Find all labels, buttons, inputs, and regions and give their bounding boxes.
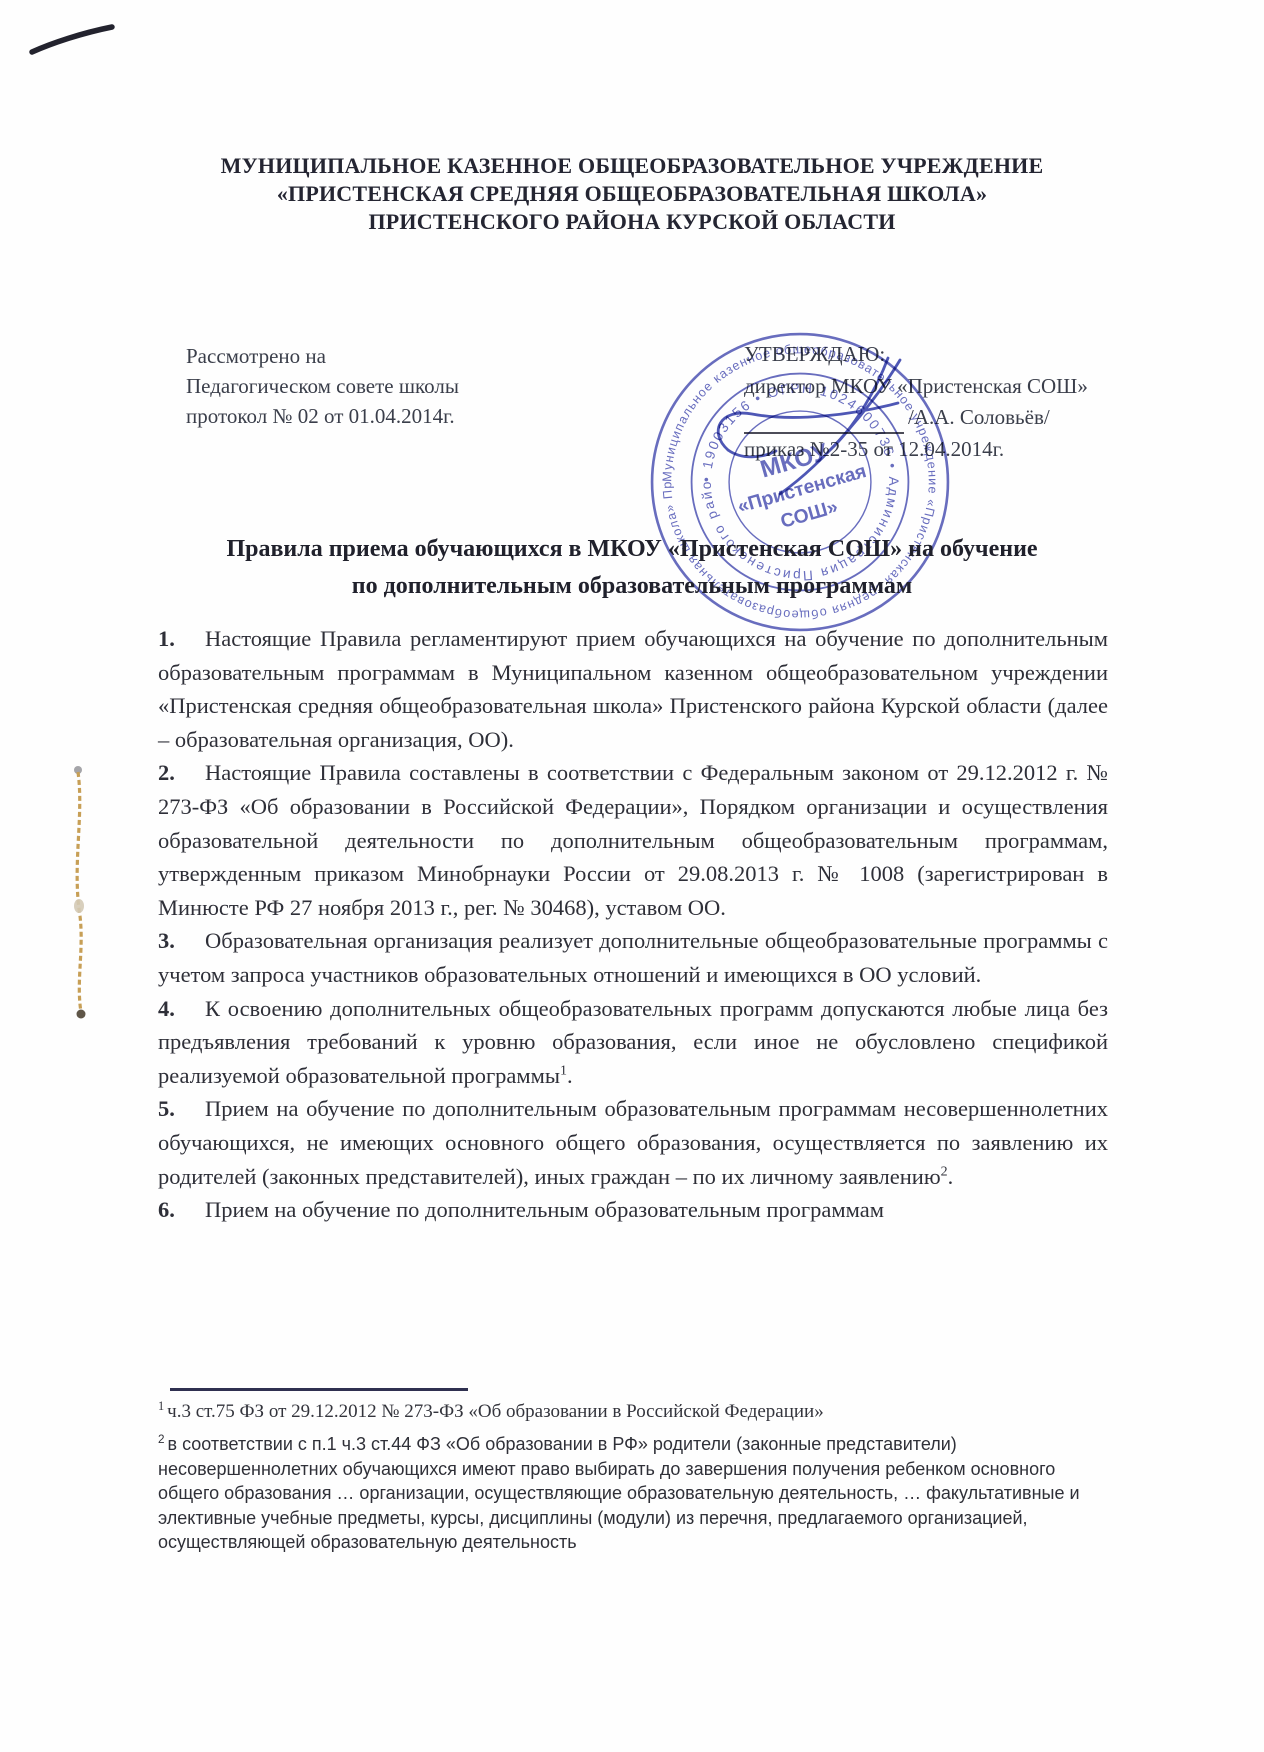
paragraph-4-text: К освоению дополнительных общеобразовате…	[158, 996, 1108, 1088]
doc-title: Правила приема обучающихся в МКОУ «Прист…	[130, 531, 1134, 605]
paragraph-6: 6.Прием на обучение по дополнительным об…	[158, 1193, 1108, 1227]
paragraph-6-number: 6.	[158, 1193, 205, 1227]
body-text: 1.Настоящие Правила регламентируют прием…	[158, 622, 1108, 1227]
paragraph-5: 5.Прием на обучение по дополнительным об…	[158, 1092, 1108, 1193]
paragraph-5-footref: 2	[941, 1164, 948, 1179]
footnote-separator	[170, 1388, 468, 1391]
paragraph-5-number: 5.	[158, 1092, 205, 1126]
paragraph-3-text: Образовательная организация реализует до…	[158, 928, 1108, 987]
doc-title-line2: по дополнительным образовательным програ…	[130, 568, 1134, 605]
review-line1: Рассмотрено на	[186, 341, 459, 371]
footnote-1: 1ч.3 ст.75 ФЗ от 29.12.2012 № 273-ФЗ «Об…	[158, 1399, 1108, 1425]
paragraph-1-text: Настоящие Правила регламентируют прием о…	[158, 626, 1108, 752]
paragraph-1: 1.Настоящие Правила регламентируют прием…	[158, 622, 1108, 756]
org-header-line1: МУНИЦИПАЛЬНОЕ КАЗЕННОЕ ОБЩЕОБРАЗОВАТЕЛЬН…	[110, 152, 1154, 180]
footnote-2-marker: 2	[158, 1433, 168, 1446]
paragraph-1-number: 1.	[158, 622, 205, 656]
footnote-1-marker: 1	[158, 1399, 167, 1413]
org-header-line3: ПРИСТЕНСКОГО РАЙОНА КУРСКОЙ ОБЛАСТИ	[110, 208, 1154, 236]
paragraph-2: 2.Настоящие Правила составлены в соответ…	[158, 756, 1108, 924]
paragraph-4-number: 4.	[158, 992, 205, 1026]
paragraph-3-number: 3.	[158, 924, 205, 958]
scanned-page: МУНИЦИПАЛЬНОЕ КАЗЕННОЕ ОБЩЕОБРАЗОВАТЕЛЬН…	[0, 0, 1264, 1752]
paragraph-2-text: Настоящие Правила составлены в соответст…	[158, 760, 1108, 919]
footnote-2-text: в соответствии с п.1 ч.3 ст.44 ФЗ «Об об…	[158, 1434, 1080, 1552]
paragraph-5-tail: .	[948, 1164, 954, 1189]
review-block: Рассмотрено на Педагогическом совете шко…	[186, 341, 459, 431]
org-header-line2: «ПРИСТЕНСКАЯ СРЕДНЯЯ ОБЩЕОБРАЗОВАТЕЛЬНАЯ…	[110, 180, 1154, 208]
paragraph-4-footref: 1	[560, 1063, 567, 1078]
paragraph-4: 4.К освоению дополнительных общеобразова…	[158, 992, 1108, 1093]
paragraph-3: 3.Образовательная организация реализует …	[158, 924, 1108, 991]
paragraph-4-tail: .	[567, 1063, 573, 1088]
review-line2: Педагогическом совете школы	[186, 371, 459, 401]
footnote-2: 2в соответствии с п.1 ч.3 ст.44 ФЗ «Об о…	[158, 1432, 1116, 1555]
review-line3: протокол № 02 от 01.04.2014г.	[186, 401, 459, 431]
paragraph-5-text: Прием на обучение по дополнительным обра…	[158, 1096, 1108, 1188]
footnote-1-text: ч.3 ст.75 ФЗ от 29.12.2012 № 273-ФЗ «Об …	[167, 1401, 824, 1422]
paragraph-2-number: 2.	[158, 756, 205, 790]
pen-mark	[18, 12, 128, 68]
paragraph-6-text: Прием на обучение по дополнительным обра…	[205, 1197, 884, 1222]
binding-thread	[56, 756, 104, 1032]
org-header: МУНИЦИПАЛЬНОЕ КАЗЕННОЕ ОБЩЕОБРАЗОВАТЕЛЬН…	[110, 152, 1154, 236]
doc-title-line1: Правила приема обучающихся в МКОУ «Прист…	[130, 531, 1134, 568]
